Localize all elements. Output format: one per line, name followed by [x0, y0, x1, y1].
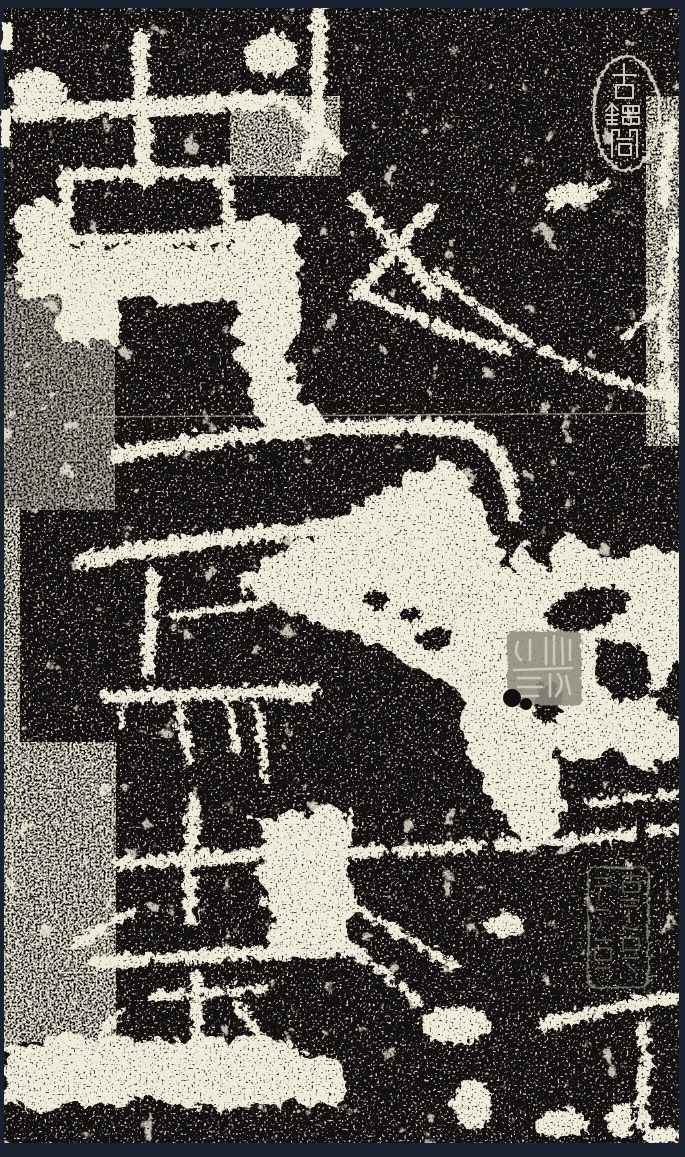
border-bottom	[0, 1143, 685, 1157]
paper-edge-fragment	[1, 22, 11, 48]
collector-seal-square	[503, 630, 580, 710]
square-seal-ink-spot	[503, 689, 521, 707]
paper-edge-fragment	[0, 108, 9, 146]
border-top	[0, 0, 685, 8]
rubbing-photo	[0, 0, 685, 1157]
rubbing-canvas	[0, 0, 685, 1157]
border-left	[0, 0, 4, 1157]
border-right	[679, 0, 685, 1157]
square-seal-ink-spot	[520, 698, 532, 710]
